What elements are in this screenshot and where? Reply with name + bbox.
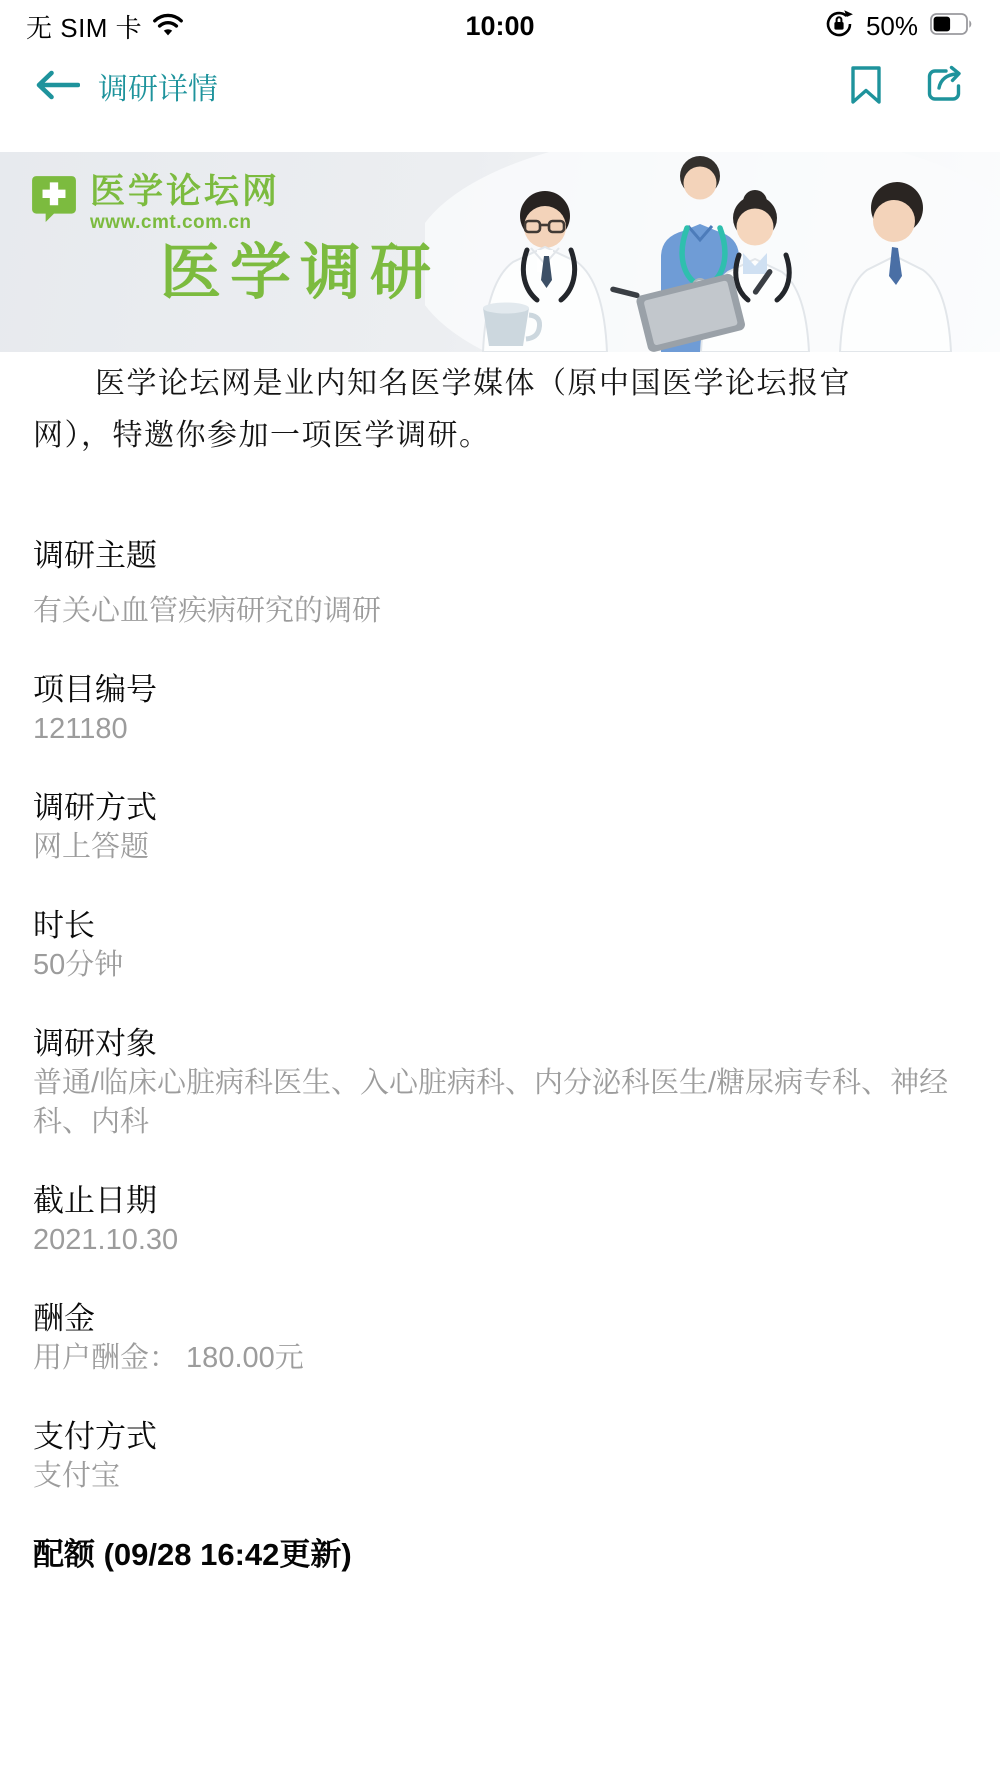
field-value: 普通/临床心脏病科医生、入心脏病科、内分泌科医生/糖尿病专科、神经科、内科: [33, 1064, 967, 1142]
field-value: 2021.10.30: [33, 1221, 967, 1260]
survey-detail-content: 医学论坛网是业内知名医学媒体（原中国医学论坛报官网），特邀你参加一项医学调研。 …: [0, 352, 1000, 1575]
banner-headline: 医学调研: [160, 242, 440, 302]
field-value: 用户酬金： 180.00元: [33, 1339, 967, 1378]
quota-heading: 配额 (09/28 16:42更新): [33, 1535, 967, 1575]
field-label: 截止日期: [33, 1181, 967, 1221]
field-label: 酬金: [33, 1299, 967, 1339]
status-bar: 10:00 无 SIM 卡 50%: [0, 0, 1000, 46]
intro-paragraph: 医学论坛网是业内知名医学媒体（原中国医学论坛报官网），特邀你参加一项医学调研。: [33, 358, 861, 462]
field-label: 调研方式: [33, 788, 967, 828]
battery-half-icon: [930, 13, 974, 40]
field-label: 调研对象: [33, 1024, 967, 1064]
field-label: 时长: [33, 906, 967, 946]
field-label: 支付方式: [33, 1417, 967, 1457]
page-title: 调研详情: [98, 64, 218, 108]
field-project-number: 项目编号 121180: [33, 670, 967, 749]
doctors-photo-illustration: [425, 152, 1000, 352]
field-value: 有关心血管疾病研究的调研: [33, 592, 967, 631]
back-button[interactable]: [34, 69, 80, 104]
orientation-lock-icon: [824, 9, 854, 44]
field-value: 网上答题: [33, 828, 967, 867]
field-value: 50分钟: [33, 946, 967, 985]
field-reward: 酬金 用户酬金： 180.00元: [33, 1299, 967, 1378]
bookmark-button[interactable]: [848, 64, 884, 109]
logo-url: www.cmt.com.cn: [90, 212, 280, 234]
field-duration: 时长 50分钟: [33, 906, 967, 985]
field-value: 121180: [33, 710, 967, 749]
field-label: 调研主题: [33, 536, 967, 576]
field-survey-method: 调研方式 网上答题: [33, 788, 967, 867]
green-speech-bubble-cross-icon: [30, 174, 78, 227]
survey-banner: 医学论坛网 www.cmt.com.cn 医学调研: [0, 152, 1000, 352]
cmt-logo: 医学论坛网 www.cmt.com.cn: [30, 174, 280, 234]
share-icon: [922, 64, 966, 109]
bookmark-icon: [848, 64, 884, 109]
field-deadline: 截止日期 2021.10.30: [33, 1181, 967, 1260]
logo-title: 医学论坛网: [90, 174, 280, 210]
app-screen: 10:00 无 SIM 卡 50%: [0, 0, 1000, 1778]
field-payment-method: 支付方式 支付宝: [33, 1417, 967, 1496]
nav-bar: 调研详情: [0, 46, 1000, 126]
battery-percent-label: 50%: [866, 11, 918, 42]
field-target-respondents: 调研对象 普通/临床心脏病科医生、入心脏病科、内分泌科医生/糖尿病专科、神经科、…: [33, 1024, 967, 1142]
field-survey-topic: 调研主题 有关心血管疾病研究的调研: [33, 536, 967, 631]
share-button[interactable]: [922, 64, 966, 109]
field-value: 支付宝: [33, 1457, 967, 1496]
back-arrow-icon: [34, 69, 80, 104]
field-label: 项目编号: [33, 670, 967, 710]
